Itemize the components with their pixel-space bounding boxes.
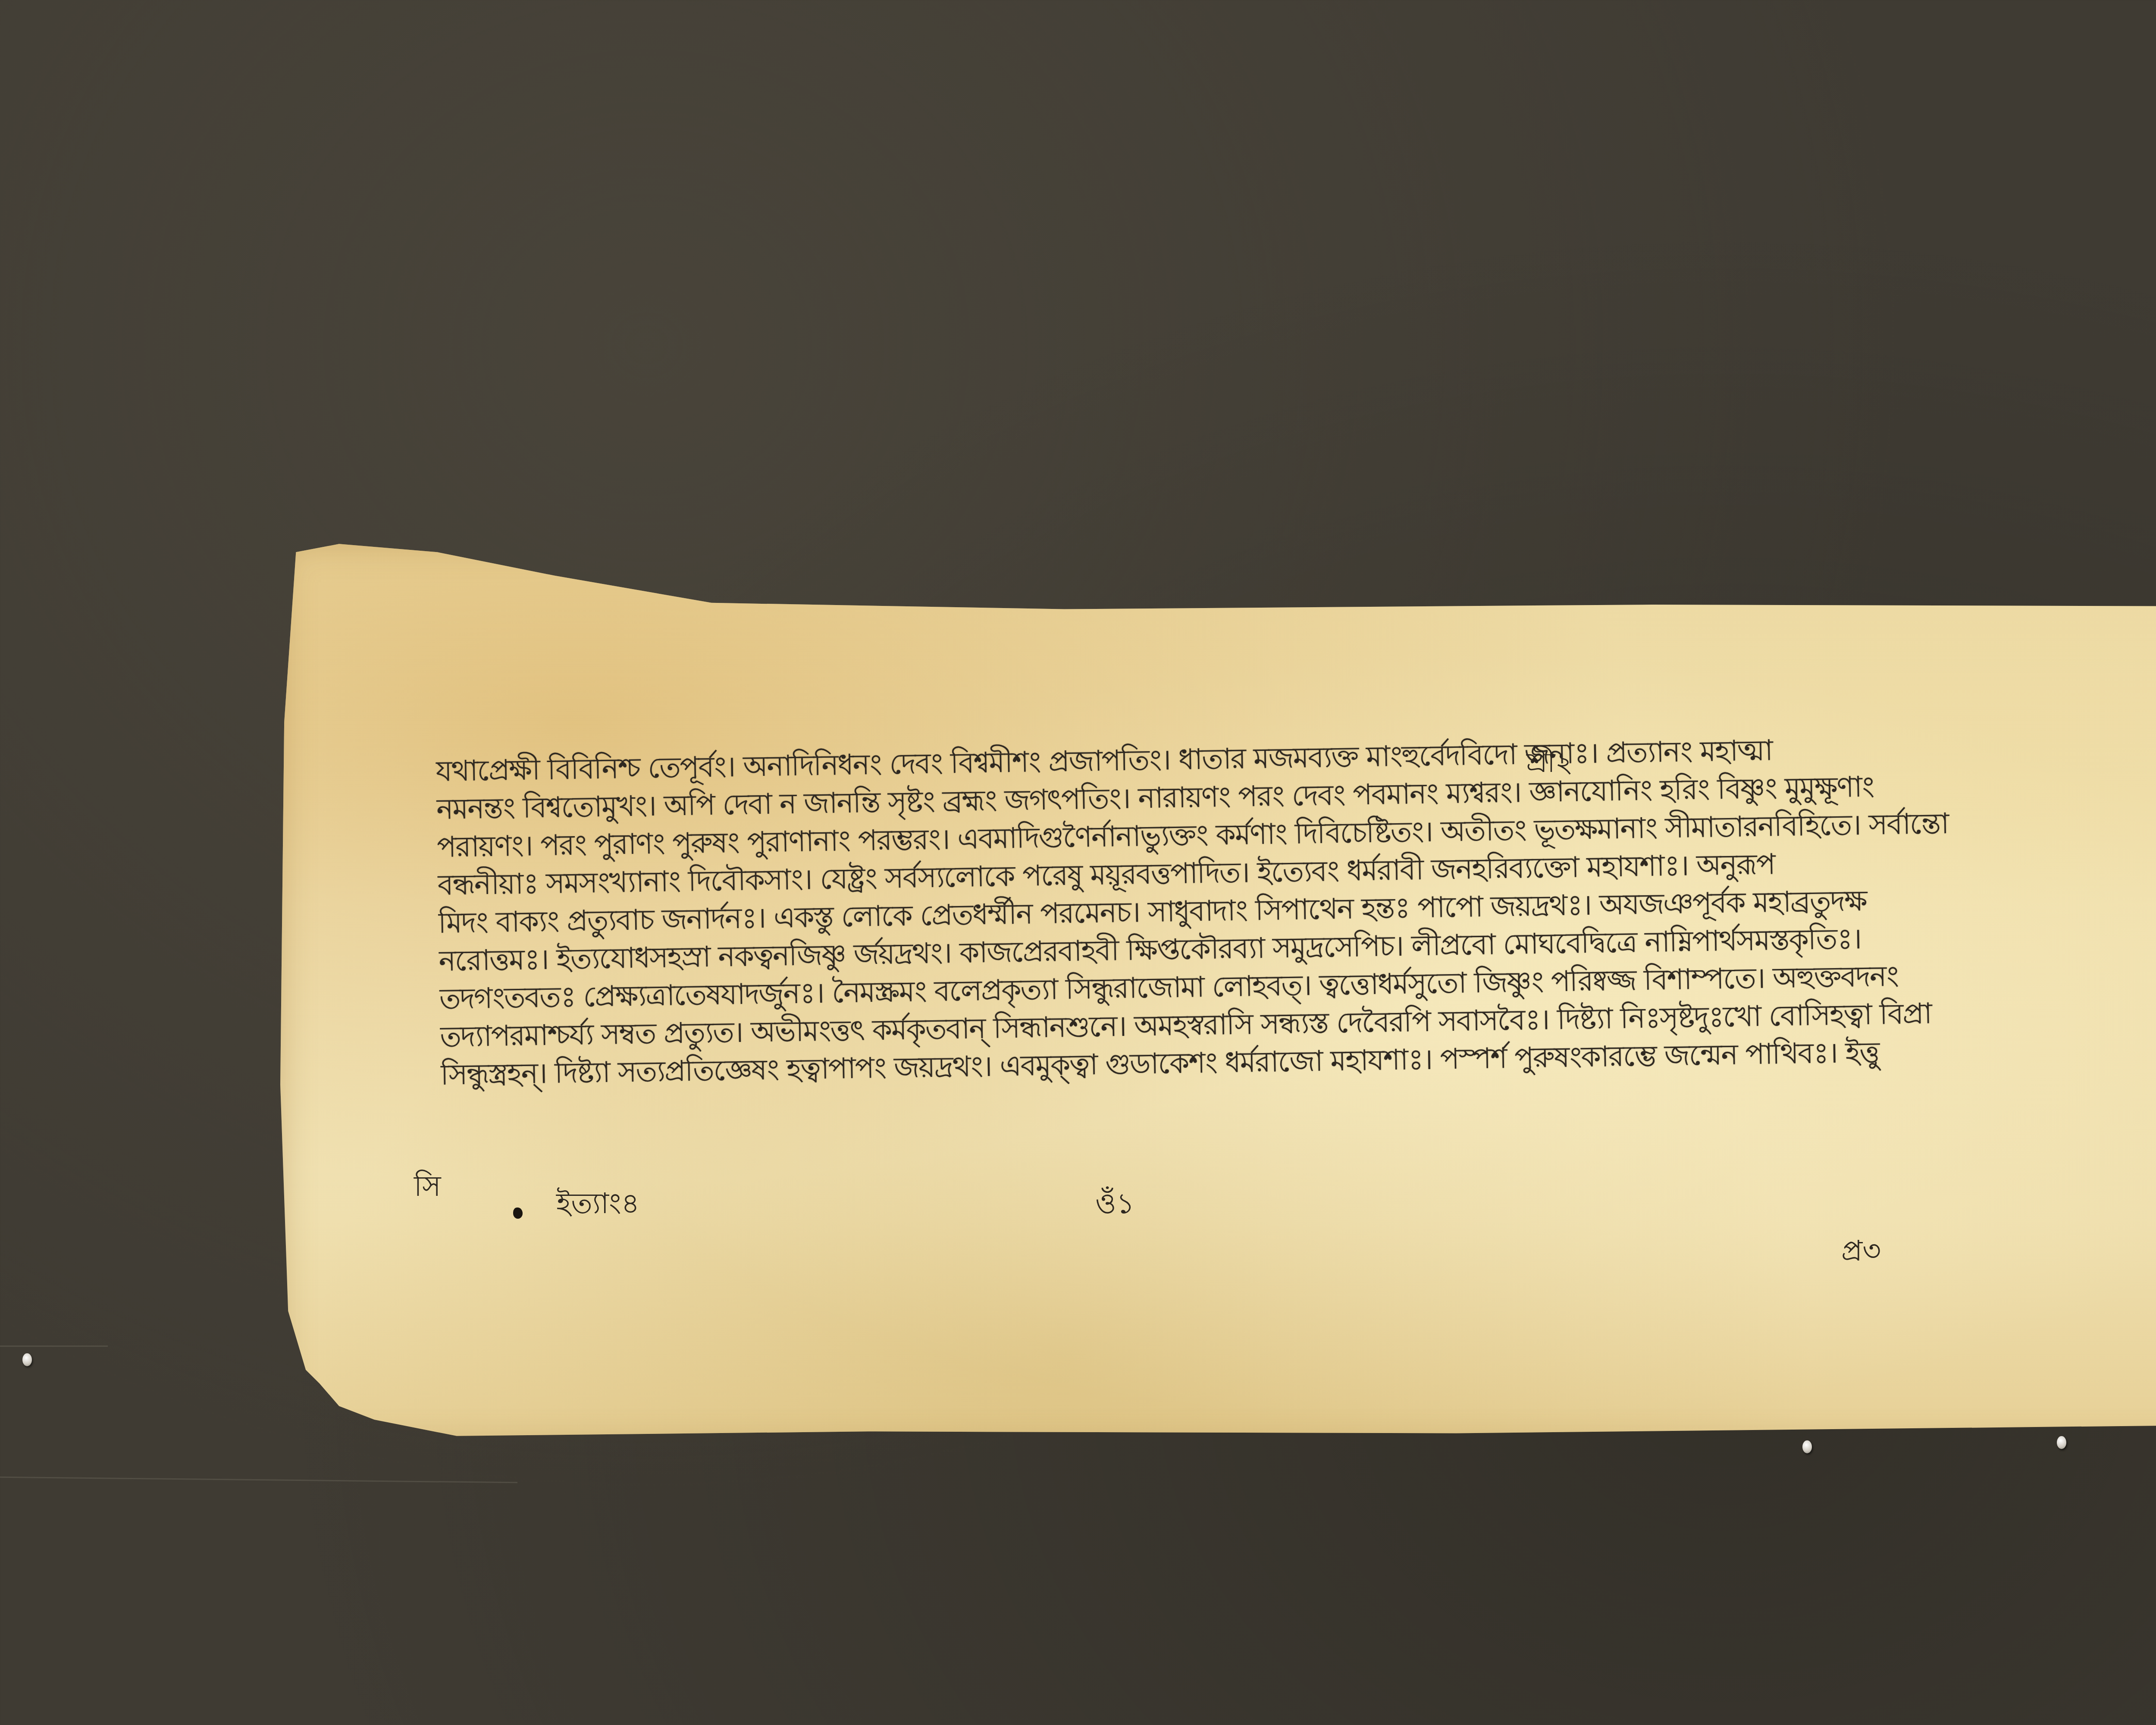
marginal-note-left: সি [414,1164,441,1212]
marginal-note-left-2: ইত্যাং৪ [556,1182,639,1229]
marginal-note-right: প্র৩ [1841,1229,1881,1276]
manuscript-text: যথাপ্রেক্ষী বিবিনিশ্চ তেপূর্বং। অনাদিনিধ… [436,727,2058,1094]
ink-blot [513,1207,523,1219]
marginal-note-center: ওঁ১ [1095,1182,1134,1229]
board-scratch-line [0,1477,517,1483]
mounting-pin [22,1353,32,1366]
mounting-pin [2057,1436,2066,1449]
mounting-pin [1802,1440,1812,1453]
board-scratch-line [0,1345,108,1347]
